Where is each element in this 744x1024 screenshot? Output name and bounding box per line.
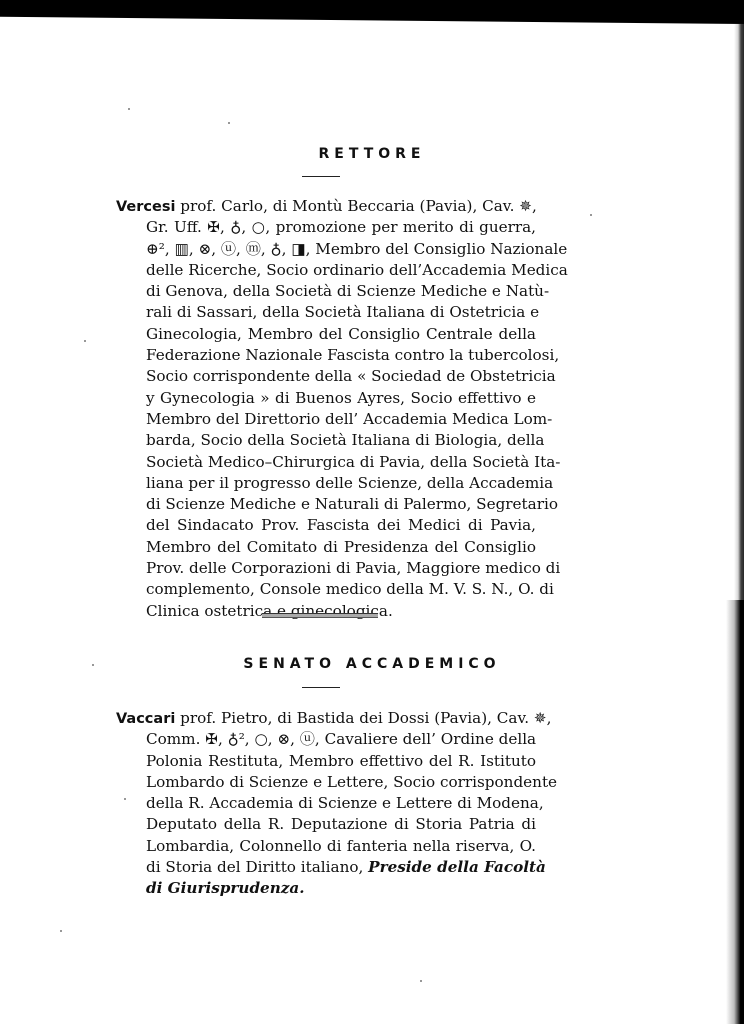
scan-speck	[92, 664, 94, 666]
entry-line: Lombardo di Scienze e Lettere, Socio cor…	[116, 772, 536, 793]
scan-top-border	[0, 0, 744, 24]
entry-line: Gr. Uff. ✠, ♁, ○, promozione per merito …	[116, 217, 536, 238]
title-underline	[302, 687, 340, 688]
entry-text: prof. Carlo, di Montù Beccaria (Pavia), …	[175, 197, 536, 215]
entry-line: barda, Socio della Società Italiana di B…	[116, 430, 536, 451]
entry-line: delle Ricerche, Socio ordinario dell’Acc…	[116, 260, 536, 281]
scan-speck	[590, 214, 592, 216]
entry-line: Socio corrispondente della « Sociedad de…	[116, 366, 536, 387]
entry-line: di Storia del Diritto italiano, Preside …	[116, 857, 536, 878]
entry-line: Società Medico–Chirurgica di Pavia, dell…	[116, 452, 536, 473]
entry-line: Membro del Comitato di Presidenza del Co…	[116, 537, 536, 558]
entry-text: prof. Pietro, di Bastida dei Dossi (Pavi…	[175, 709, 551, 727]
entry-surname: Vercesi	[116, 199, 175, 215]
entry-line: y Gynecologia » di Buenos Ayres, Socio e…	[116, 388, 536, 409]
scan-speck	[60, 930, 62, 932]
entry-vercesi: Vercesi prof. Carlo, di Montù Beccaria (…	[116, 196, 536, 622]
entry-line: Ginecologia, Membro del Consiglio Centra…	[116, 324, 536, 345]
entry-line: Membro del Direttorio dell’ Accademia Me…	[116, 409, 536, 430]
scan-speck	[128, 108, 130, 110]
entry-line: di Giurisprudenza.	[116, 878, 536, 899]
entry-vaccari: Vaccari prof. Pietro, di Bastida dei Dos…	[116, 708, 536, 900]
scan-speck	[84, 340, 86, 342]
entry-line: Clinica ostetrica e ginecologica.	[116, 601, 536, 622]
scan-speck	[124, 798, 126, 800]
scan-speck	[228, 122, 230, 124]
entry-line: Lombardia, Colonnello di fanteria nella …	[116, 836, 536, 857]
entry-line: Comm. ✠, ♁², ○, ⊗, ⓤ, Cavaliere dell’ Or…	[116, 729, 536, 750]
section-title-senato-accademico: SENATO ACCADEMICO	[0, 656, 744, 672]
entry-line: del Sindacato Prov. Fascista dei Medici …	[116, 515, 536, 536]
entry-line: Federazione Nazionale Fascista contro la…	[116, 345, 536, 366]
entry-line: di Scienze Mediche e Naturali di Palermo…	[116, 494, 536, 515]
section-title-rettore: RETTORE	[0, 146, 744, 162]
entry-line: rali di Sassari, della Società Italiana …	[116, 302, 536, 323]
entry-line: Deputato della R. Deputazione di Storia …	[116, 814, 536, 835]
section-divider	[262, 613, 378, 618]
entry-surname: Vaccari	[116, 711, 175, 727]
entry-role-italic: Preside della Facoltà	[368, 858, 546, 876]
entry-text: di Storia del Diritto italiano,	[146, 858, 368, 876]
scan-speck	[420, 980, 422, 982]
title-underline	[302, 176, 340, 177]
entry-line: liana per il progresso delle Scienze, de…	[116, 473, 536, 494]
entry-line: ⊕², ▥, ⊗, ⓤ, ⓜ, ♁, ◨, Membro del Consigl…	[116, 239, 536, 260]
entry-line: complemento, Console medico della M. V. …	[116, 579, 536, 600]
entry-line: di Genova, della Società di Scienze Medi…	[116, 281, 536, 302]
entry-line: Vercesi prof. Carlo, di Montù Beccaria (…	[116, 196, 536, 217]
entry-line: Polonia Restituta, Membro effettivo del …	[116, 751, 536, 772]
entry-line: Prov. delle Corporazioni di Pavia, Maggi…	[116, 558, 536, 579]
entry-line: della R. Accademia di Scienze e Lettere …	[116, 793, 536, 814]
entry-line: Vaccari prof. Pietro, di Bastida dei Dos…	[116, 708, 536, 729]
